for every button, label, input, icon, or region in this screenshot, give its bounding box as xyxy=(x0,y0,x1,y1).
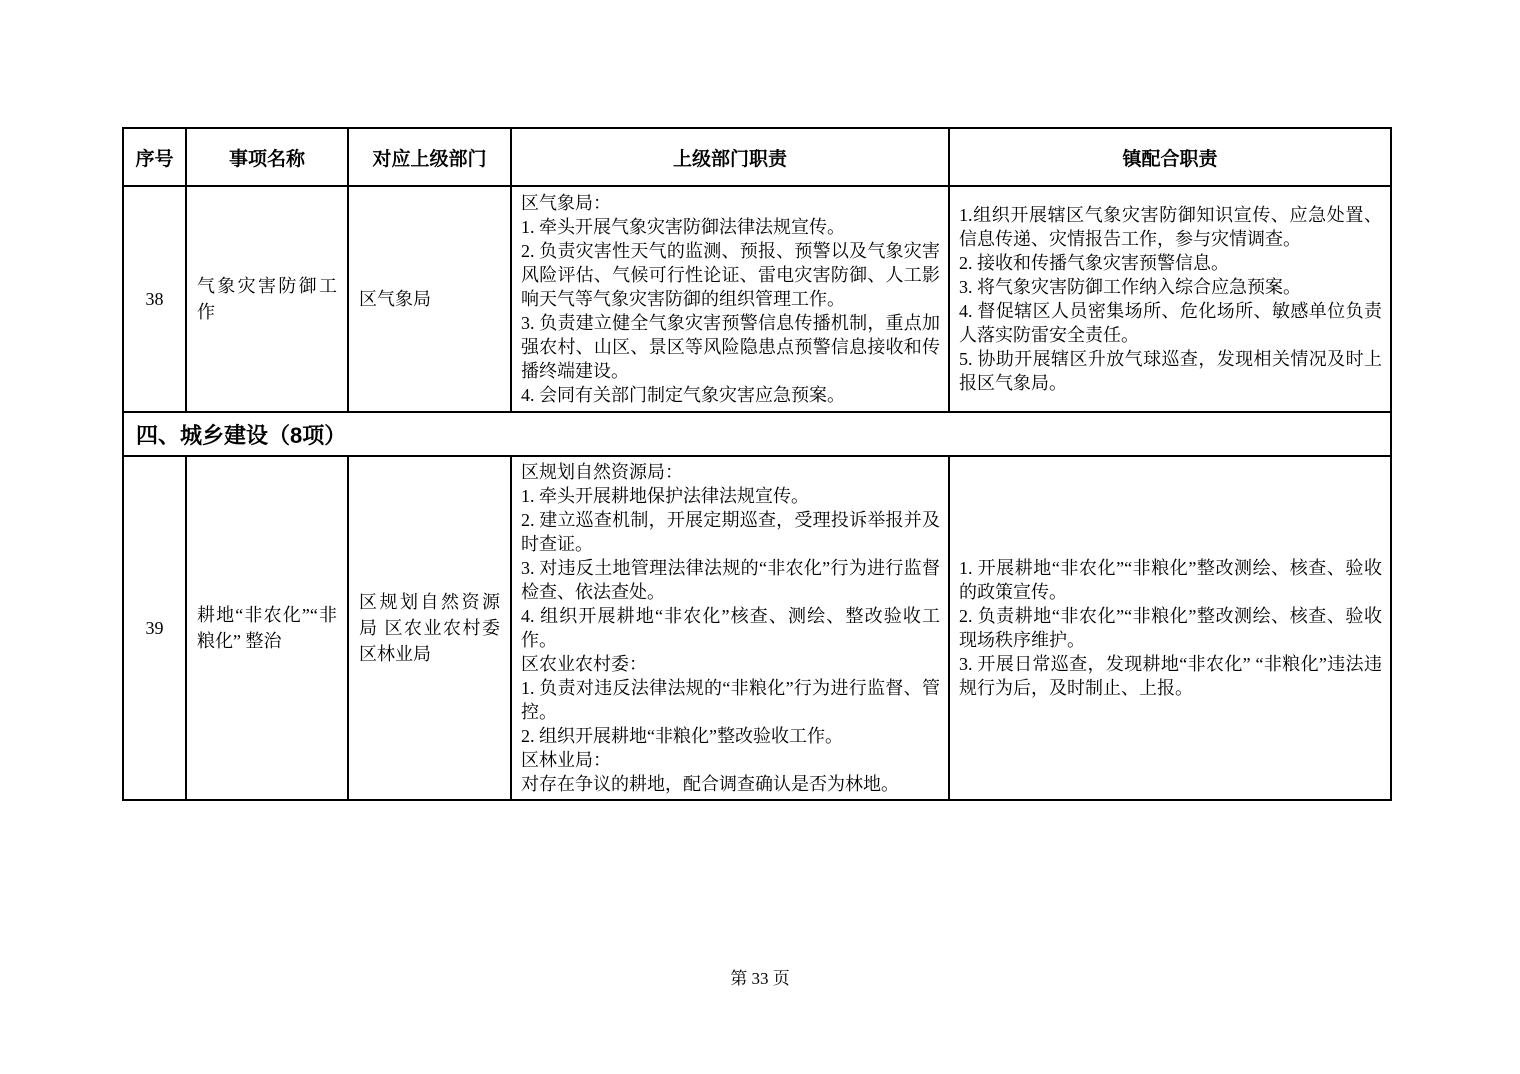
row38-superior-dept: 区气象局 xyxy=(348,186,511,412)
row39-superior-duties: 区规划自然资源局： 1. 牵头开展耕地保护法律法规宣传。 2. 建立巡查机制，开… xyxy=(511,456,949,800)
duties-table: 序号 事项名称 对应上级部门 上级部门职责 镇配合职责 38 气象灾害防御工作 … xyxy=(122,127,1392,801)
table-header-row: 序号 事项名称 对应上级部门 上级部门职责 镇配合职责 xyxy=(123,128,1391,186)
row38-seq: 38 xyxy=(123,186,186,412)
document-page: 序号 事项名称 对应上级部门 上级部门职责 镇配合职责 38 气象灾害防御工作 … xyxy=(0,0,1520,1074)
col-header-superior-duties: 上级部门职责 xyxy=(511,128,949,186)
row39-item-name: 耕地“非农化”“非粮化” 整治 xyxy=(186,456,348,800)
col-header-seq: 序号 xyxy=(123,128,186,186)
table-row-38: 38 气象灾害防御工作 区气象局 区气象局： 1. 牵头开展气象灾害防御法律法规… xyxy=(123,186,1391,412)
row38-superior-duties: 区气象局： 1. 牵头开展气象灾害防御法律法规宣传。 2. 负责灾害性天气的监测… xyxy=(511,186,949,412)
row39-town-duties: 1. 开展耕地“非农化”“非粮化”整改测绘、核查、验收的政策宣传。 2. 负责耕… xyxy=(949,456,1391,800)
col-header-item-name: 事项名称 xyxy=(186,128,348,186)
section-title: 四、城乡建设（8项） xyxy=(123,412,1391,456)
col-header-superior-dept: 对应上级部门 xyxy=(348,128,511,186)
row38-item-name: 气象灾害防御工作 xyxy=(186,186,348,412)
section-row-urban-construction: 四、城乡建设（8项） xyxy=(123,412,1391,456)
row39-seq: 39 xyxy=(123,456,186,800)
row39-superior-dept: 区规划自然资源局 区农业农村委 区林业局 xyxy=(348,456,511,800)
page-number: 第 33 页 xyxy=(0,964,1520,989)
table-row-39: 39 耕地“非农化”“非粮化” 整治 区规划自然资源局 区农业农村委 区林业局 … xyxy=(123,456,1391,800)
row38-town-duties: 1.组织开展辖区气象灾害防御知识宣传、应急处置、信息传递、灾情报告工作，参与灾情… xyxy=(949,186,1391,412)
col-header-town-duties: 镇配合职责 xyxy=(949,128,1391,186)
